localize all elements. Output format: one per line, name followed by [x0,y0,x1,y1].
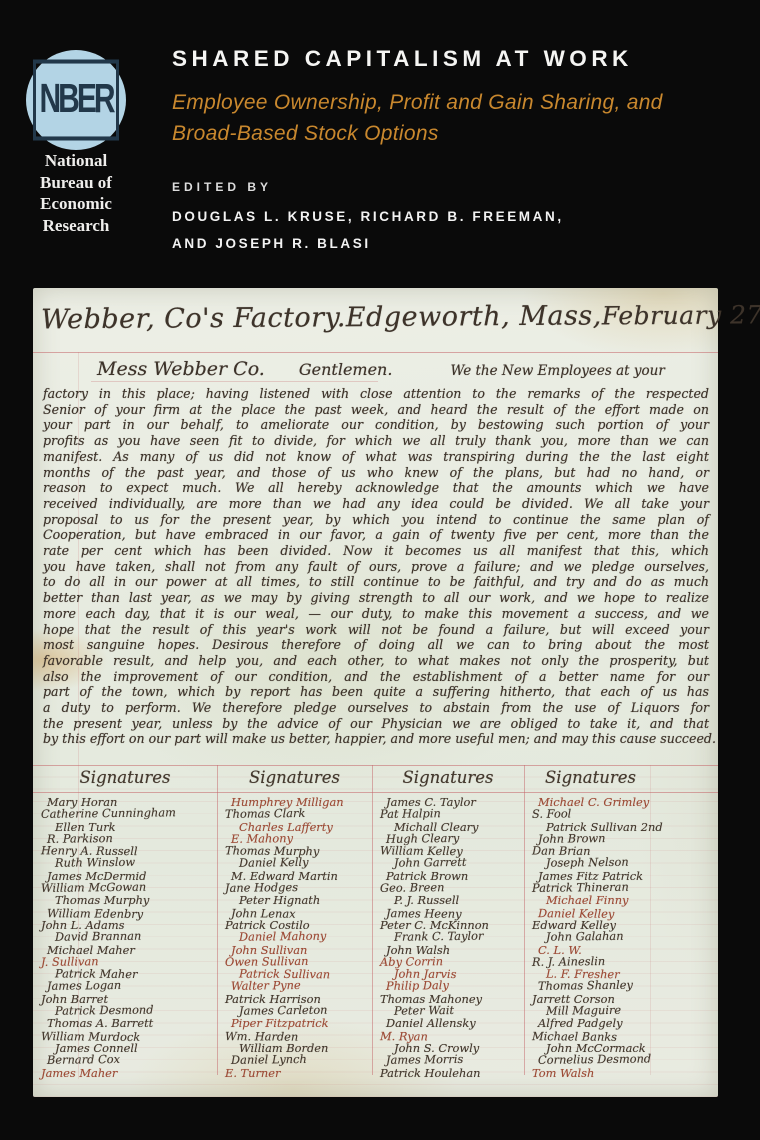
signature: Walter Pyne [217,979,372,993]
letter-line: by this effort on our part will make us … [43,731,709,747]
signature: Thomas A. Barrett [33,1017,217,1029]
org-name-line: National [8,150,144,172]
signature: Thomas Shanley [524,979,657,993]
org-name-line: Research [8,215,144,237]
signature-section: SignaturesMary HoranCatherine Cunningham… [33,765,718,1097]
signature: Jane Hodges [217,880,372,894]
signature: Philip Daly [372,979,524,993]
signature: James Heeny [372,907,524,921]
signature-list: James C. TaylorPat HalpinMichall ClearyH… [372,792,524,1079]
signature-column-header: Signatures [524,765,657,792]
title-block: SHARED CAPITALISM AT WORK Employee Owner… [172,46,742,257]
document-heading: Webber, Co's Factory. Edgeworth, Mass, F… [41,300,708,336]
signature: Daniel Allensky [372,1017,524,1029]
letter-line: factory in this place; having listened w… [43,386,709,402]
signature: Frank C. Taylor [372,929,524,943]
letter-line: better than last year, as we may by givi… [43,590,709,606]
letter-line: reason to expect much. We all hereby ack… [43,480,709,496]
signature: Ruth Winslow [33,855,217,870]
signature: M. Ryan [372,1030,524,1044]
signature: Daniel Lynch [217,1052,372,1066]
signature: Joseph Nelson [524,856,657,870]
letter-line: more each day, that it is our weal, — ou… [43,606,709,622]
signature: Peter Hignath [217,894,372,906]
letter-line: received individually, are more than we … [43,496,709,512]
signature: William Murdock [33,1030,217,1044]
nber-logo: NBER [26,50,126,150]
letter-line: you have taken, shall not from any fault… [43,559,709,575]
signature: S. Fool [524,807,657,821]
signature-column-header: Signatures [217,765,372,792]
signature-column: SignaturesHumphrey MilliganThomas ClarkC… [217,765,372,1079]
signature: Daniel Kelly [217,856,372,870]
book-subtitle: Employee Ownership, Profit and Gain Shar… [172,87,742,149]
signature: Patrick Thineran [524,880,657,894]
signature: Patrick Houlehan [372,1067,524,1079]
letter-line: to do all in our power at all times, to … [43,574,709,590]
signature: Wm. Harden [217,1030,372,1044]
letter-line: the present year, unless by the advice o… [43,716,709,732]
signature: Michael Finny [524,894,657,906]
book-cover: NBER NationalBureau ofEconomicResearch S… [0,0,760,1140]
letter-line: months of the past year, and those of us… [43,465,709,481]
signature: Patrick Desmond [33,1003,217,1018]
letter-line: Cooperation, but have embraced in our fa… [43,527,709,543]
salutation-addressee: Mess Webber Co. [97,358,265,380]
signature: Geo. Breen [372,880,524,894]
signature: James Maher [33,1067,217,1079]
signature-column: SignaturesMichael C. GrimleyS. FoolPatri… [524,765,657,1079]
letter-line: manifest. As many of us did not know of … [43,449,709,465]
letter-body: factory in this place; having listened w… [43,386,709,747]
letter-line: profits as you have seen fit to divide, … [43,433,709,449]
letter-line: proposal to us for the present year, by … [43,512,709,528]
signature: Alfred Padgely [524,1017,657,1029]
editors: DOUGLAS L. KRUSE, RICHARD B. FREEMAN,AND… [172,203,742,257]
signature: James Logan [33,978,217,993]
letter-opening: We the New Employees at your [450,363,664,379]
signature: Bernard Cox [33,1052,217,1067]
signature-column: SignaturesJames C. TaylorPat HalpinMicha… [372,765,524,1079]
ledger-rule-horizontal [91,381,378,382]
signature: E. Turner [217,1067,372,1079]
letter-line: a duty to perform. We therefore pledge o… [43,700,709,716]
signature: Pat Halpin [372,806,524,820]
signature: David Brannan [33,929,217,944]
salutation: Mess Webber Co. Gentlemen. We the New Em… [97,358,712,380]
signature: Peter Wait [372,1003,524,1017]
signature: Piper Fitzpatrick [217,1017,372,1029]
letter-line: hope that the result of this year's work… [43,622,709,638]
signature: William Edenbry [33,907,217,921]
letter-line: part of the town, which by report has be… [43,684,709,700]
org-name-line: Bureau of [8,172,144,194]
signature-table: SignaturesMary HoranCatherine Cunningham… [33,765,718,1079]
letter-line: most sanguine hopes. Desirous therefore … [43,637,709,653]
signature: Mill Maguire [524,1003,657,1017]
signature: John Garrett [372,856,524,870]
signature: Thomas Clark [217,806,372,820]
signature: Catherine Cunningham [33,806,217,821]
signature: Michael Banks [524,1030,657,1043]
signature: P. J. Russell [372,894,524,906]
ledger-rule-horizontal [33,352,718,353]
signature-column-header: Signatures [372,765,524,792]
editor-line: AND JOSEPH R. BLASI [172,230,742,257]
signature: Daniel Kelley [524,907,657,920]
letter-line: favorable result, and help you, and each… [43,653,709,669]
signature: John Galahan [524,930,657,944]
signature-column: SignaturesMary HoranCatherine Cunningham… [33,765,217,1079]
salutation-greeting: Gentlemen. [299,360,393,379]
letter-line: Senior of your firm at the place the pas… [43,402,709,418]
signature-list: Humphrey MilliganThomas ClarkCharles Laf… [217,792,372,1079]
signature: William McGowan [33,880,217,895]
signature: John Lenax [217,907,372,921]
heading-company: Webber, Co's Factory. [41,302,346,335]
letter-line: rate per cent which has been divided. No… [43,543,709,559]
letter-line: your part in our behalf, to ameliorate o… [43,417,709,433]
nber-monogram-icon: NBER [33,60,118,141]
publisher-org-name: NationalBureau ofEconomicResearch [8,150,144,236]
heading-date: February 27 1869. [602,300,760,331]
signature: Thomas Murphy [33,894,217,906]
org-name-line: Economic [8,193,144,215]
signature: James Morris [372,1052,524,1066]
edited-by-label: EDITED BY [172,180,742,194]
editor-line: DOUGLAS L. KRUSE, RICHARD B. FREEMAN, [172,203,742,230]
document-photo: Webber, Co's Factory. Edgeworth, Mass, F… [33,288,718,1097]
signature: James Carleton [217,1003,372,1017]
subtitle-line: Employee Ownership, Profit and Gain Shar… [172,87,742,118]
signature: Cornelius Desmond [524,1053,657,1067]
heading-place: Edgeworth, Mass, [346,300,602,333]
book-title: SHARED CAPITALISM AT WORK [172,46,742,72]
letter-line: also the improvement of our condition, a… [43,669,709,685]
signature: Daniel Mahony [217,929,372,943]
signature: Tom Walsh [524,1067,657,1079]
signature-column-header: Signatures [33,765,217,792]
signature-list: Mary HoranCatherine CunninghamEllen Turk… [33,792,217,1079]
subtitle-line: Broad-Based Stock Options [172,118,742,149]
signature-list: Michael C. GrimleyS. FoolPatrick Sulliva… [524,792,657,1079]
